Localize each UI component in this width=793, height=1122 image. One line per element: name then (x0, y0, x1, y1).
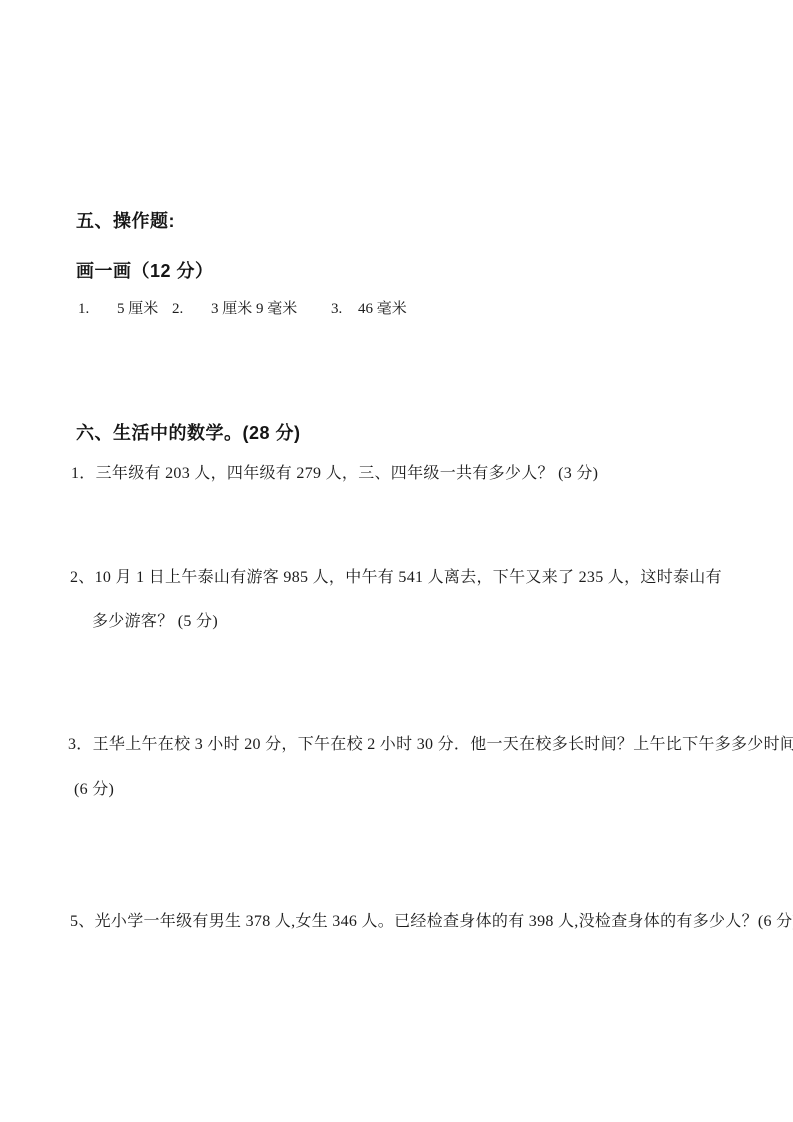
draw-item-text: 5 厘米 (117, 301, 158, 317)
draw-item-number: 2. (172, 301, 183, 318)
draw-item-number: 1. (78, 301, 89, 318)
draw-item-text: 3 厘米 9 毫米 (211, 301, 297, 317)
draw-item-text: 46 毫米 (358, 301, 407, 317)
draw-item: 2. 3 厘米 9 毫米 (172, 297, 297, 318)
draw-items-line: 1. 5 厘米 2. 3 厘米 9 毫米 3. 46 毫米 (78, 297, 407, 318)
section6-heading: 六、生活中的数学。(28 分) (76, 419, 301, 445)
section5-heading: 五、操作题: (76, 207, 175, 233)
draw-item-number: 3. (331, 301, 342, 318)
question-1: 1．三年级有 203 人，四年级有 279 人，三、四年级一共有多少人？ (3 … (71, 460, 598, 483)
question-5: 5、光小学一年级有男生 378 人,女生 346 人。已经检查身体的有 398 … (70, 908, 793, 931)
draw-item: 1. 5 厘米 (78, 297, 158, 318)
section5-subheading: 画一画（12 分） (76, 257, 214, 283)
worksheet-page: 五、操作题: 画一画（12 分） 1. 5 厘米 2. 3 厘米 9 毫米 3.… (0, 0, 793, 1122)
question-3-line1: 3．王华上午在校 3 小时 20 分，下午在校 2 小时 30 分．他一天在校多… (68, 731, 793, 754)
question-3-line2: (6 分) (74, 776, 114, 799)
question-2-line1: 2、10 月 1 日上午泰山有游客 985 人，中午有 541 人离去，下午又来… (70, 564, 722, 587)
question-2-line2: 多少游客？ (5 分) (92, 608, 218, 631)
draw-item: 3. 46 毫米 (331, 297, 407, 318)
